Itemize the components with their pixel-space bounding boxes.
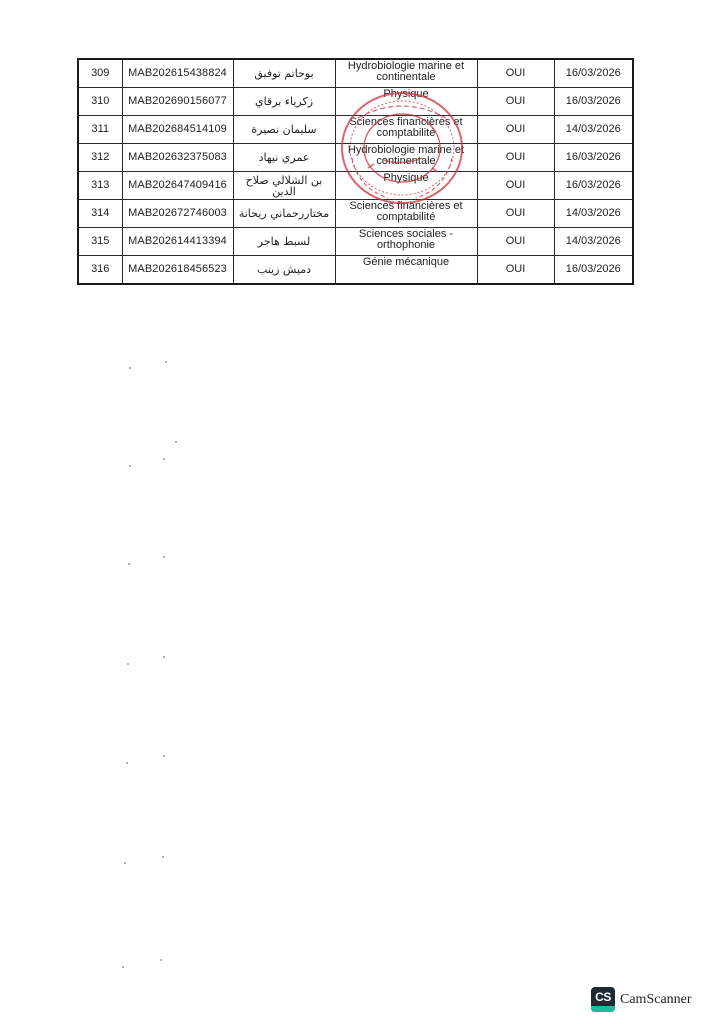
student-name: بوحاتم توفيق	[233, 59, 335, 88]
student-name: سليمان نصيرة	[233, 116, 335, 144]
study-field-line: Physique	[336, 89, 477, 100]
camscanner-name: CamScanner	[620, 992, 692, 1008]
scan-speck	[127, 663, 129, 665]
scan-speck	[124, 862, 126, 864]
row-number: 312	[78, 144, 122, 172]
student-name: دميش زينب	[233, 256, 335, 285]
date-value: 16/03/2026	[554, 59, 633, 88]
row-number: 310	[78, 88, 122, 116]
student-name: لسبط هاجر	[233, 228, 335, 256]
table-row: 314MAB202672746003مختاررحماني ريحانةScie…	[78, 200, 633, 228]
row-number: 313	[78, 172, 122, 200]
results-table-container: 309MAB202615438824بوحاتم توفيقHydrobiolo…	[77, 58, 632, 285]
registration-code: MAB202672746003	[122, 200, 233, 228]
study-field-line: orthophonie	[336, 240, 477, 251]
scan-speck	[163, 556, 165, 558]
date-value: 14/03/2026	[554, 228, 633, 256]
table-row: 315MAB202614413394لسبط هاجرSciences soci…	[78, 228, 633, 256]
study-field-line: comptabilité	[336, 212, 477, 223]
status-value: OUI	[477, 144, 554, 172]
camscanner-watermark: CS CamScanner	[591, 987, 692, 1012]
study-field-line: continentale	[336, 156, 477, 167]
table-row: 312MAB202632375083عمري نيهادHydrobiologi…	[78, 144, 633, 172]
status-value: OUI	[477, 228, 554, 256]
student-name: عمري نيهاد	[233, 144, 335, 172]
status-value: OUI	[477, 116, 554, 144]
date-value: 16/03/2026	[554, 144, 633, 172]
row-number: 316	[78, 256, 122, 285]
row-number: 309	[78, 59, 122, 88]
scan-speck	[163, 458, 165, 460]
camscanner-logo-text: CS	[595, 990, 611, 1004]
study-field-line: comptabilité	[336, 128, 477, 139]
status-value: OUI	[477, 172, 554, 200]
table-row: 313MAB202647409416بن الشلالي صلاح الدينP…	[78, 172, 633, 200]
status-value: OUI	[477, 200, 554, 228]
camscanner-logo-icon: CS	[591, 987, 615, 1012]
table-body: 309MAB202615438824بوحاتم توفيقHydrobiolo…	[78, 59, 633, 284]
status-value: OUI	[477, 59, 554, 88]
student-name: زكرياء برقاي	[233, 88, 335, 116]
study-field: Hydrobiologie marine etcontinentale	[335, 59, 477, 88]
scan-speck	[128, 563, 130, 565]
table-row: 309MAB202615438824بوحاتم توفيقHydrobiolo…	[78, 59, 633, 88]
scan-speck	[163, 656, 165, 658]
registration-code: MAB202618456523	[122, 256, 233, 285]
date-value: 14/03/2026	[554, 200, 633, 228]
registration-code: MAB202647409416	[122, 172, 233, 200]
row-number: 314	[78, 200, 122, 228]
scan-speck	[129, 367, 131, 369]
scan-speck	[122, 966, 124, 968]
date-value: 16/03/2026	[554, 88, 633, 116]
study-field: Sciences financières etcomptabilité	[335, 116, 477, 144]
registration-code: MAB202615438824	[122, 59, 233, 88]
date-value: 16/03/2026	[554, 256, 633, 285]
table-row: 310MAB202690156077زكرياء برقايPhysiqueOU…	[78, 88, 633, 116]
scanned-page: 309MAB202615438824بوحاتم توفيقHydrobiolo…	[0, 0, 724, 1024]
date-value: 16/03/2026	[554, 172, 633, 200]
status-value: OUI	[477, 256, 554, 285]
row-number: 311	[78, 116, 122, 144]
study-field: Génie mécanique	[335, 256, 477, 285]
results-table: 309MAB202615438824بوحاتم توفيقHydrobiolo…	[77, 58, 634, 285]
table-row: 311MAB202684514109سليمان نصيرةSciences f…	[78, 116, 633, 144]
registration-code: MAB202614413394	[122, 228, 233, 256]
study-field: Hydrobiologie marine etcontinentale	[335, 144, 477, 172]
status-value: OUI	[477, 88, 554, 116]
study-field-line: Physique	[336, 173, 477, 184]
study-field: Sciences sociales -orthophonie	[335, 228, 477, 256]
student-name: بن الشلالي صلاح الدين	[233, 172, 335, 200]
study-field-line: Génie mécanique	[336, 257, 477, 268]
scan-speck	[175, 441, 177, 443]
student-name: مختاررحماني ريحانة	[233, 200, 335, 228]
camscanner-logo-accent	[591, 1006, 615, 1012]
study-field: Sciences financières etcomptabilité	[335, 200, 477, 228]
registration-code: MAB202684514109	[122, 116, 233, 144]
table-row: 316MAB202618456523دميش زينبGénie mécaniq…	[78, 256, 633, 285]
date-value: 14/03/2026	[554, 116, 633, 144]
row-number: 315	[78, 228, 122, 256]
study-field-line: continentale	[336, 72, 477, 83]
scan-speck	[162, 856, 164, 858]
registration-code: MAB202690156077	[122, 88, 233, 116]
scan-speck	[126, 762, 128, 764]
study-field: Physique	[335, 88, 477, 116]
scan-speck	[129, 465, 131, 467]
scan-speck	[160, 959, 162, 961]
registration-code: MAB202632375083	[122, 144, 233, 172]
study-field: Physique	[335, 172, 477, 200]
scan-speck	[163, 755, 165, 757]
scan-speck	[165, 361, 167, 363]
